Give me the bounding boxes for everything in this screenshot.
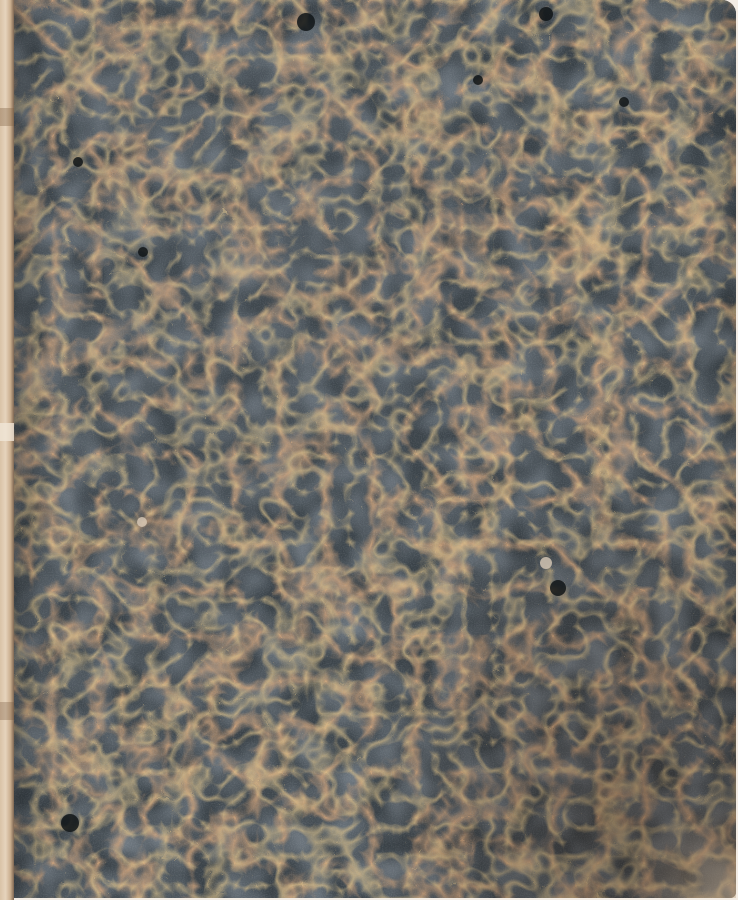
stain-spot [137,517,147,527]
stain-spot [540,557,552,569]
spine-wear [0,0,14,900]
stain-spot [550,580,566,596]
stain-spot [61,814,79,832]
marbled-pattern [8,0,736,898]
stain-spot [539,7,553,21]
stain-spot [73,157,83,167]
book-cover-photo [0,0,738,900]
stain-spot [138,247,148,257]
stain-spot [297,13,315,31]
stain-spot [619,97,629,107]
stain-spot [473,75,483,85]
marbled-cover [8,0,736,898]
